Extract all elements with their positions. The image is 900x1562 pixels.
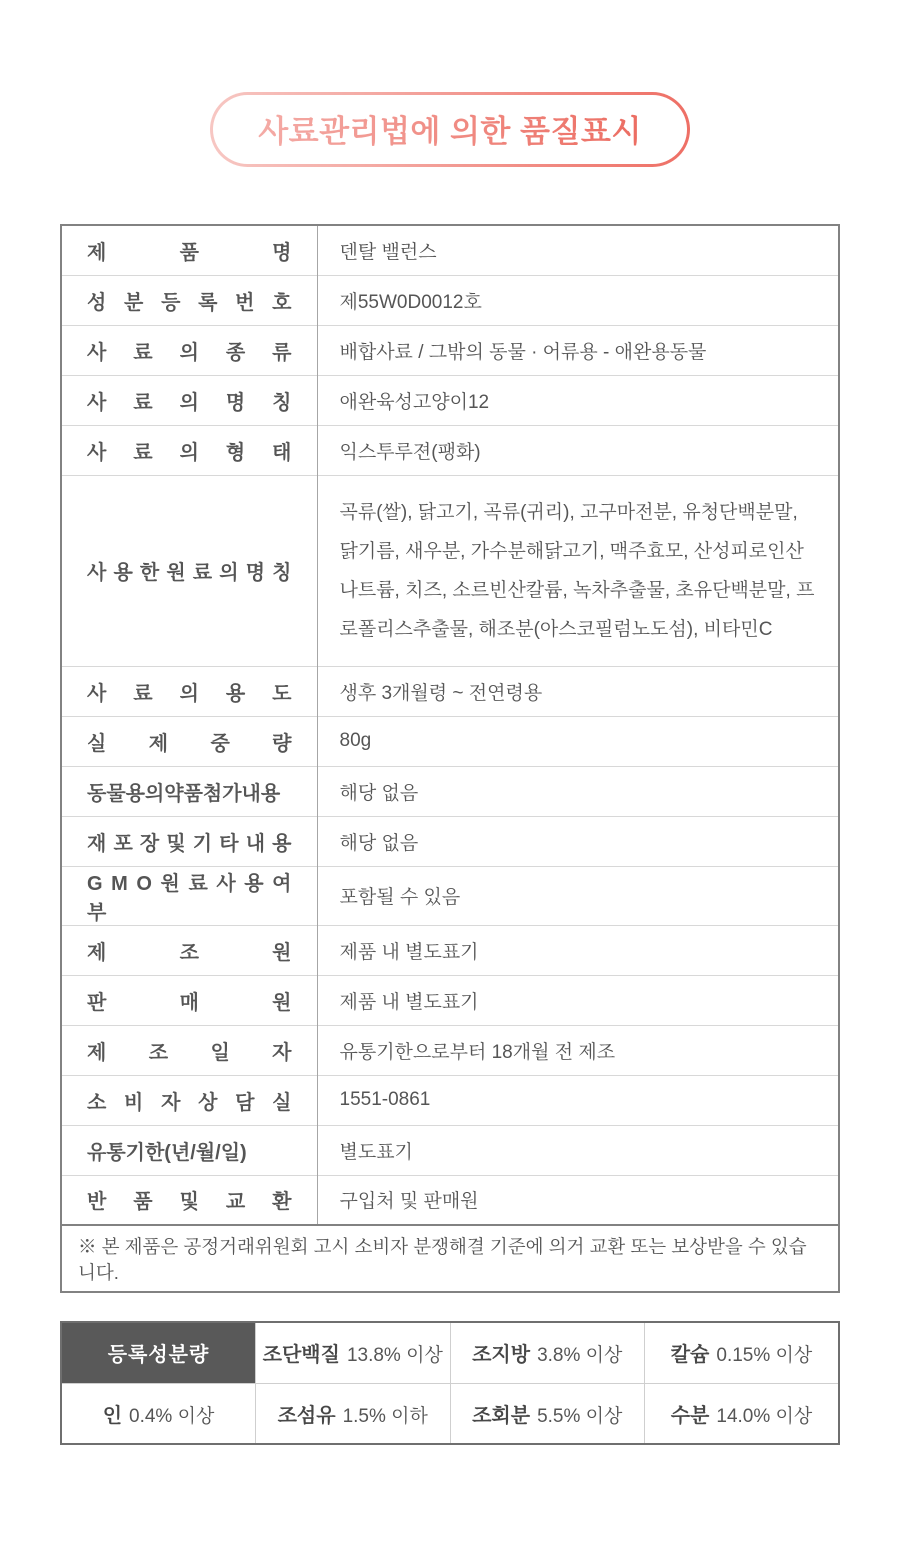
spec-label: 동물용의약품첨가내용	[87, 777, 292, 806]
nutrition-cell: 조섬유1.5% 이하	[256, 1383, 451, 1444]
spec-label: 제 품 명	[87, 236, 292, 265]
nutrient-name: 조회분	[472, 1405, 530, 1427]
spec-label-cell: 유통기한(년/월/일)	[61, 1125, 317, 1175]
spec-table: 제 품 명 덴탈 밸런스 성 분 등 록 번 호 제55W0D0012호 사 료…	[60, 224, 840, 1293]
spec-label-cell: 소 비 자 상 담 실	[61, 1075, 317, 1125]
spec-value: 덴탈 밸런스	[317, 225, 839, 275]
spec-label-cell: 동물용의약품첨가내용	[61, 766, 317, 816]
table-row: 사 료 의 명 칭 애완육성고양이12	[61, 375, 839, 425]
spec-label-cell: 사 용 한 원 료 의 명 칭	[61, 475, 317, 666]
spec-value: 제55W0D0012호	[317, 275, 839, 325]
spec-value: 해당 없음	[317, 816, 839, 866]
spec-label: 사 료 의 명 칭	[87, 386, 292, 415]
nutrient-value: 0.4% 이상	[129, 1406, 214, 1427]
spec-label-cell: 반 품 및 교 환	[61, 1175, 317, 1225]
spec-label-cell: 사 료 의 용 도	[61, 666, 317, 716]
spec-label: 판 매 원	[87, 986, 292, 1015]
spec-value: 배합사료 / 그밖의 동물 · 어류용 - 애완용동물	[317, 325, 839, 375]
table-row: 성 분 등 록 번 호 제55W0D0012호	[61, 275, 839, 325]
spec-label-cell: 판 매 원	[61, 975, 317, 1025]
nutrition-header-cell: 등록성분량	[61, 1322, 256, 1383]
spec-value: 제품 내 별도표기	[317, 925, 839, 975]
nutrition-row: 인0.4% 이상 조섬유1.5% 이하 조회분5.5% 이상 수분14.0% 이…	[61, 1383, 839, 1444]
spec-label: 사 용 한 원 료 의 명 칭	[87, 556, 292, 585]
nutrient-name: 조단백질	[263, 1344, 340, 1366]
spec-label-cell: 사 료 의 형 태	[61, 425, 317, 475]
spec-value: 1551-0861	[317, 1075, 839, 1125]
quality-label-title-badge: 사료관리법에 의한 품질표시	[210, 92, 690, 167]
spec-value: 제품 내 별도표기	[317, 975, 839, 1025]
spec-label-cell: 제 조 일 자	[61, 1025, 317, 1075]
notice-text: ※ 본 제품은 공정거래위원회 고시 소비자 분쟁해결 기준에 의거 교환 또는…	[61, 1225, 839, 1292]
nutrient-value: 0.15% 이상	[716, 1345, 812, 1366]
nutrition-cell: 조지방3.8% 이상	[450, 1322, 645, 1383]
spec-label-cell: 성 분 등 록 번 호	[61, 275, 317, 325]
spec-label-cell: 재 포 장 및 기 타 내 용	[61, 816, 317, 866]
table-row: 반 품 및 교 환 구입처 및 판매원	[61, 1175, 839, 1225]
nutrient-name: 칼슘	[671, 1344, 710, 1366]
nutrient-name: 조지방	[472, 1344, 530, 1366]
nutrient-value: 1.5% 이하	[343, 1406, 428, 1427]
nutrition-cell: 수분14.0% 이상	[645, 1383, 840, 1444]
nutrition-row: 등록성분량 조단백질13.8% 이상 조지방3.8% 이상 칼슘0.15% 이상	[61, 1322, 839, 1383]
spec-value: 해당 없음	[317, 766, 839, 816]
table-row: 제 조 원 제품 내 별도표기	[61, 925, 839, 975]
spec-value: 유통기한으로부터 18개월 전 제조	[317, 1025, 839, 1075]
spec-value: 익스투루젼(팽화)	[317, 425, 839, 475]
page-title: 사료관리법에 의한 품질표시	[258, 114, 642, 149]
nutrient-name: 수분	[671, 1405, 710, 1427]
spec-label: 사 료 의 종 류	[87, 336, 292, 365]
nutrition-cell: 조단백질13.8% 이상	[256, 1322, 451, 1383]
table-row: 사 료 의 용 도 생후 3개월령 ~ 전연령용	[61, 666, 839, 716]
spec-label-cell: 사 료 의 명 칭	[61, 375, 317, 425]
spec-value: 80g	[317, 716, 839, 766]
spec-label: 성 분 등 록 번 호	[87, 286, 292, 315]
spec-label-cell: 제 품 명	[61, 225, 317, 275]
table-row: 제 품 명 덴탈 밸런스	[61, 225, 839, 275]
nutrient-value: 3.8% 이상	[537, 1345, 622, 1366]
spec-label-cell: G M O 원 료 사 용 여 부	[61, 866, 317, 925]
title-badge-inner: 사료관리법에 의한 품질표시	[213, 95, 687, 164]
spec-label: 사 료 의 용 도	[87, 677, 292, 706]
spec-value: 구입처 및 판매원	[317, 1175, 839, 1225]
table-row: 제 조 일 자 유통기한으로부터 18개월 전 제조	[61, 1025, 839, 1075]
nutrition-cell: 칼슘0.15% 이상	[645, 1322, 840, 1383]
table-row: 사 료 의 종 류 배합사료 / 그밖의 동물 · 어류용 - 애완용동물	[61, 325, 839, 375]
spec-value: 포함될 수 있음	[317, 866, 839, 925]
spec-label-cell: 사 료 의 종 류	[61, 325, 317, 375]
spec-label: 반 품 및 교 환	[87, 1185, 292, 1214]
table-row: 실 제 중 량 80g	[61, 716, 839, 766]
nutrient-value: 14.0% 이상	[716, 1406, 812, 1427]
spec-value: 애완육성고양이12	[317, 375, 839, 425]
table-row: 판 매 원 제품 내 별도표기	[61, 975, 839, 1025]
spec-value: 별도표기	[317, 1125, 839, 1175]
spec-label: 실 제 중 량	[87, 727, 292, 756]
spec-label-cell: 제 조 원	[61, 925, 317, 975]
nutrition-table: 등록성분량 조단백질13.8% 이상 조지방3.8% 이상 칼슘0.15% 이상…	[60, 1321, 840, 1445]
table-row: G M O 원 료 사 용 여 부 포함될 수 있음	[61, 866, 839, 925]
spec-label: 유통기한(년/월/일)	[87, 1136, 292, 1165]
table-row: 사 료 의 형 태 익스투루젼(팽화)	[61, 425, 839, 475]
spec-value: 생후 3개월령 ~ 전연령용	[317, 666, 839, 716]
spec-label-cell: 실 제 중 량	[61, 716, 317, 766]
nutrient-name: 인	[103, 1405, 122, 1427]
table-row: 유통기한(년/월/일) 별도표기	[61, 1125, 839, 1175]
spec-label: G M O 원 료 사 용 여 부	[87, 867, 292, 925]
spec-label: 사 료 의 형 태	[87, 436, 292, 465]
spec-value: 곡류(쌀), 닭고기, 곡류(귀리), 고구마전분, 유청단백분말, 닭기름, …	[317, 475, 839, 666]
spec-label: 소 비 자 상 담 실	[87, 1086, 292, 1115]
spec-label: 재 포 장 및 기 타 내 용	[87, 827, 292, 856]
table-row: 소 비 자 상 담 실 1551-0861	[61, 1075, 839, 1125]
spec-label: 제 조 일 자	[87, 1036, 292, 1065]
notice-row: ※ 본 제품은 공정거래위원회 고시 소비자 분쟁해결 기준에 의거 교환 또는…	[61, 1225, 839, 1292]
nutrient-value: 13.8% 이상	[347, 1345, 443, 1366]
nutrient-value: 5.5% 이상	[537, 1406, 622, 1427]
table-row: 재 포 장 및 기 타 내 용 해당 없음	[61, 816, 839, 866]
nutrition-cell: 인0.4% 이상	[61, 1383, 256, 1444]
nutrition-cell: 조회분5.5% 이상	[450, 1383, 645, 1444]
spec-label: 제 조 원	[87, 936, 292, 965]
table-row: 동물용의약품첨가내용 해당 없음	[61, 766, 839, 816]
nutrient-name: 조섬유	[278, 1405, 336, 1427]
table-row-ingredients: 사 용 한 원 료 의 명 칭 곡류(쌀), 닭고기, 곡류(귀리), 고구마전…	[61, 475, 839, 666]
